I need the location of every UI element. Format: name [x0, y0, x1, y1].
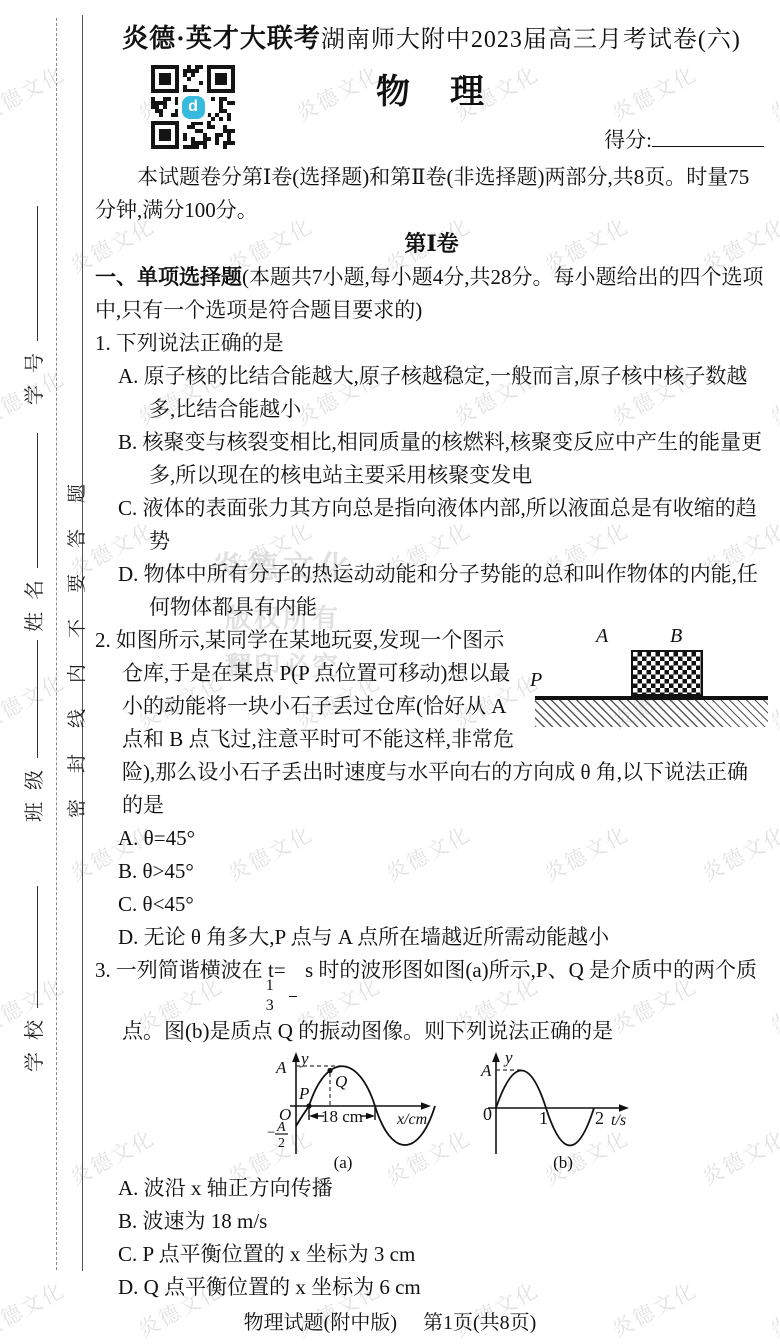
question-stem-text: 下列说法正确的是 [116, 331, 284, 355]
qr-module [207, 137, 211, 141]
fill-in-blank-line [33, 640, 38, 758]
ground-line [535, 696, 768, 700]
exam-paper-page: { "colors": { "ink": "#111111", "qr_logo… [0, 0, 780, 1344]
question-2-option-b: B. θ>45° [118, 855, 768, 888]
field-label: 学校 [24, 1008, 46, 1072]
sidebar-field-name: 姓名 [18, 433, 47, 632]
qr-module [183, 137, 187, 141]
question-3-option-b: B. 波速为 18 m/s [118, 1205, 768, 1238]
qr-module [227, 117, 231, 121]
question-2-option-d: D. 无论 θ 角多大,P 点与 A 点所在墙越近所需动能越小 [118, 921, 768, 954]
fig-a-span-label: 18 cm [321, 1107, 363, 1126]
question-3-stem: 3.一列简谐横波在 t=13 s 时的波形图如图(a)所示,P、Q 是介质中的两… [95, 954, 768, 1048]
question-2: A B P 2.如图所示,某同学在某地玩耍,发现一个图示仓库,于是在某点 P(P… [95, 624, 768, 954]
qr-module [219, 117, 223, 121]
fig-a-neg-amp-numerator: A [276, 1120, 286, 1135]
question-1-option-b: B. 核聚变与核裂变相比,相同质量的核燃料,核聚变反应中产生的能量更多,所以现在… [118, 426, 768, 492]
qr-module [159, 113, 163, 117]
main-content: 炎德·英才大联考湖南师大附中2023届高三月考试卷(六) 物 理 得分: 本试题… [95, 0, 768, 1304]
fig-a-point-p-label: P [298, 1084, 309, 1103]
wave-graph-b: y A 0 1 2 t/s (b) [473, 1050, 637, 1172]
fig-b-origin-label: 0 [483, 1104, 492, 1124]
part-one-title: 第Ⅰ卷 [95, 227, 768, 261]
question-3-option-a: A. 波沿 x 轴正方向传播 [118, 1172, 768, 1205]
question-3: 3.一列简谐横波在 t=13 s 时的波形图如图(a)所示,P、Q 是介质中的两… [95, 954, 768, 1304]
fraction-one-third: 13 [289, 978, 297, 1015]
question-1-option-c: C. 液体的表面张力其方向总是指向液体内部,所以液面总是有收缩的趋势 [118, 492, 768, 558]
qr-finder-pattern [151, 65, 179, 93]
section-heading: 一、单项选择题(本题共7小题,每小题4分,共28分。每小题给出的四个选项中,只有… [95, 261, 768, 327]
fill-in-blank-line [33, 206, 38, 341]
fig-a-amplitude-label: A [275, 1058, 287, 1077]
fig-a-x-axis-label: x/cm [396, 1111, 427, 1128]
question-2-option-a: A. θ=45° [118, 822, 768, 855]
qr-module [203, 145, 207, 149]
qr-module [191, 73, 195, 77]
score-blank-line [652, 142, 764, 147]
qr-code: d [150, 64, 236, 150]
seal-text: 密封线内不要答题 [62, 458, 89, 818]
qr-module [231, 129, 235, 133]
footer-page-number: 第1页(共8页) [423, 1312, 536, 1334]
footer-paper-name: 物理试题(附中版) [244, 1312, 397, 1334]
fill-in-blank-line [33, 886, 38, 1008]
question-3-option-d: D. Q 点平衡位置的 x 坐标为 6 cm [118, 1271, 768, 1304]
field-label: 学号 [24, 341, 46, 405]
sidebar-field-class: 班级 [18, 640, 47, 822]
fig-a-point-q-label: Q [335, 1072, 347, 1091]
paper-title: 湖南师大附中2023届高三月考试卷(六) [321, 27, 741, 53]
question-2-stem: A B P 2.如图所示,某同学在某地玩耍,发现一个图示仓库,于是在某点 P(P… [95, 624, 768, 822]
qr-module [167, 97, 171, 101]
question-number: 3. [95, 958, 111, 982]
question-stem-text: 一列简谐横波在 t= [116, 958, 286, 982]
qr-module [187, 77, 191, 81]
fig-b-y-axis-label: y [503, 1050, 513, 1067]
fill-in-blank-line [33, 433, 38, 568]
fig-a-caption: (a) [334, 1153, 353, 1172]
question-number: 1. [95, 331, 111, 355]
qr-module [231, 101, 235, 105]
sidebar-field-student-number: 学号 [18, 206, 47, 405]
field-label: 班级 [24, 758, 46, 822]
score-label: 得分: [604, 128, 652, 152]
fig-a-neg-amp-denominator: 2 [278, 1136, 285, 1151]
qr-module [231, 141, 235, 145]
qr-module [211, 97, 215, 101]
qr-module [211, 125, 215, 129]
qr-module [199, 65, 203, 69]
question-number: 2. [95, 628, 111, 652]
paper-header: 炎德·英才大联考湖南师大附中2023届高三月考试卷(六) [95, 0, 768, 55]
qr-module [195, 69, 199, 73]
qr-center-logo: d [178, 92, 208, 122]
ground-hatching [535, 700, 768, 727]
fig-a-y-axis-label: y [299, 1050, 309, 1068]
question-1: 1.下列说法正确的是 A. 原子核的比结合能越大,原子核越稳定,一般而言,原子核… [95, 327, 768, 624]
watermark-text: 炎德文化 [0, 58, 70, 128]
fig-b-amplitude-label: A [480, 1061, 492, 1080]
warehouse-checkered-box [631, 650, 703, 696]
section-heading-bold: 一、单项选择题 [95, 265, 242, 289]
wave-graph-a: 18 cm y A O − A 2 P Q x/cm (a) [267, 1050, 437, 1172]
seal-dashed-line [56, 18, 57, 1270]
qr-module [219, 133, 223, 137]
qr-module [211, 117, 215, 121]
warehouse-figure: A B P [535, 626, 768, 730]
qr-finder-pattern [207, 65, 235, 93]
qr-finder-pattern [151, 121, 179, 149]
sidebar-field-school: 学校 [18, 886, 47, 1072]
fig-b-x-axis-label: t/s [611, 1112, 626, 1129]
question-3-option-c: C. P 点平衡位置的 x 坐标为 3 cm [118, 1238, 768, 1271]
qr-module [199, 81, 203, 85]
wave-figures-row: 18 cm y A O − A 2 P Q x/cm (a) [267, 1050, 768, 1172]
question-1-option-d: D. 物体中所有分子的热运动动能和分子势能的总和叫作物体的内能,任何物体都具有内… [118, 558, 768, 624]
qr-logo-letter: d [182, 96, 205, 119]
qr-module [215, 141, 219, 145]
field-label: 姓名 [24, 568, 46, 632]
qr-module [163, 105, 167, 109]
fig-b-tick-1: 1 [539, 1108, 548, 1128]
fraction-numerator: 1 [289, 978, 297, 997]
fig-a-minus-sign: − [267, 1125, 275, 1141]
qr-module [195, 145, 199, 149]
fig-b-caption: (b) [553, 1153, 573, 1172]
page-footer: 物理试题(附中版)第1页(共8页) [0, 1306, 780, 1335]
question-1-option-a: A. 原子核的比结合能越大,原子核越稳定,一般而言,原子核中核子数越多,比结合能… [118, 360, 768, 426]
brand-name: 炎德·英才大联考 [122, 24, 321, 53]
question-2-option-c: C. θ<45° [118, 888, 768, 921]
qr-module [223, 145, 227, 149]
exam-instructions: 本试题卷分第Ⅰ卷(选择题)和第Ⅱ卷(非选择题)两部分,共8页。时量75分钟,满分… [95, 161, 768, 227]
fig-b-tick-2: 2 [595, 1108, 604, 1128]
question-1-stem: 1.下列说法正确的是 [95, 327, 768, 360]
